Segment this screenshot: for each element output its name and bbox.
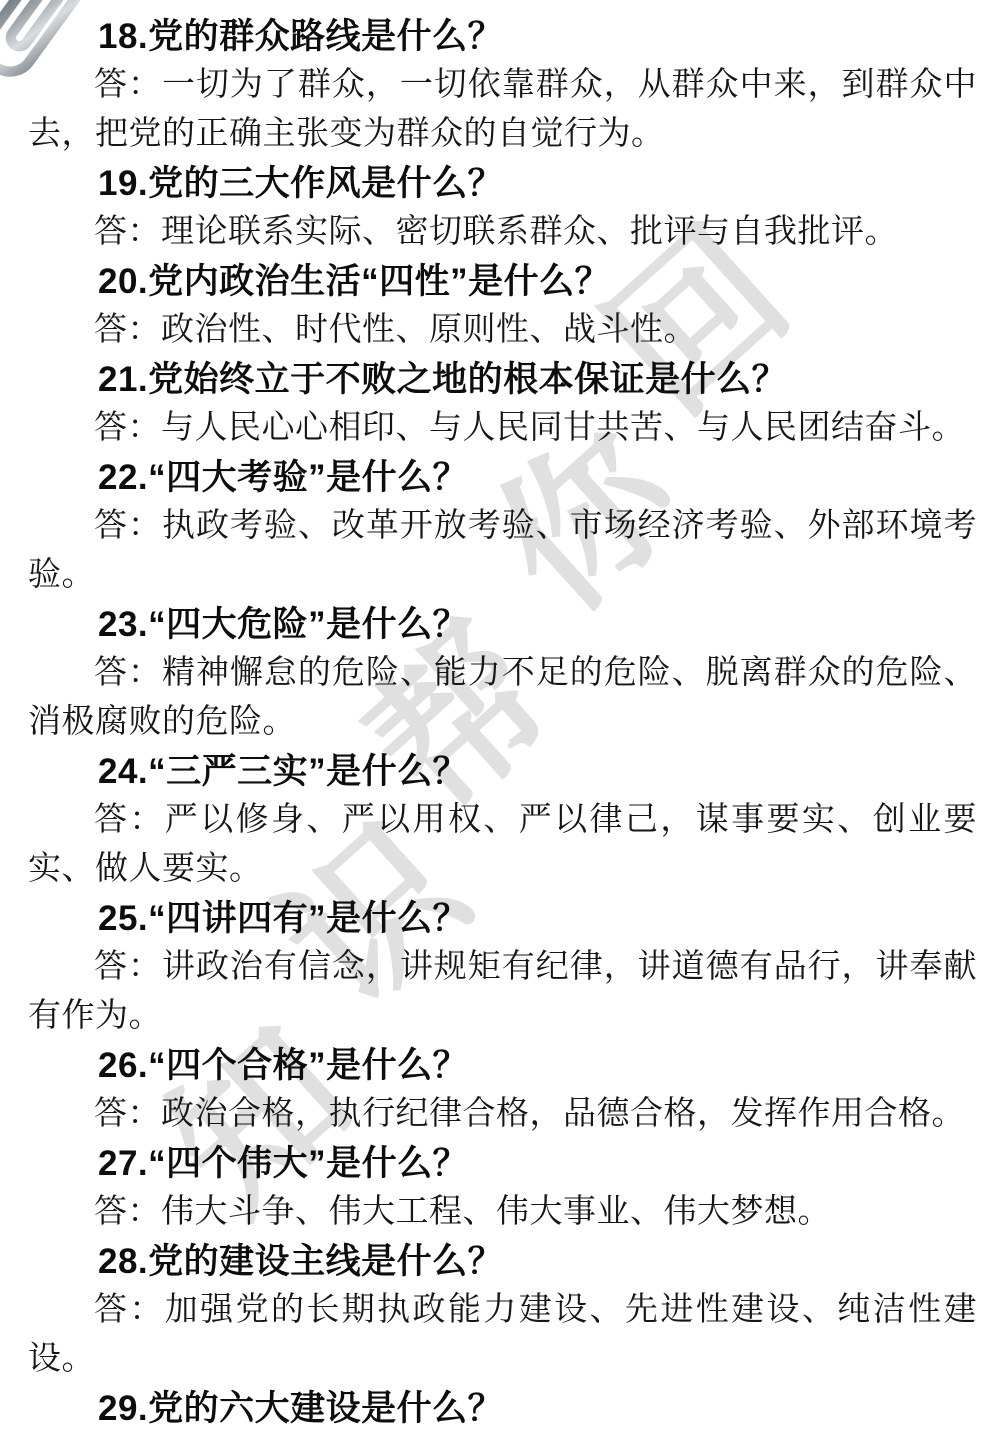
document-content: 18.党的群众路线是什么？答：一切为了群众，一切依靠群众，从群众中来，到群众中去… <box>28 12 977 1433</box>
question-paragraph: 27.“四个伟大”是什么？ <box>28 1139 977 1188</box>
question-paragraph: 23.“四大危险”是什么？ <box>28 600 977 649</box>
answer-paragraph: 答：一切为了群众，一切依靠群众，从群众中来，到群众中去，把党的正确主张变为群众的… <box>28 61 977 159</box>
question-paragraph: 24.“三严三实”是什么？ <box>28 747 977 796</box>
answer-paragraph: 答：严以修身、严以用权、严以律己，谋事要实、创业要实、做人要实。 <box>28 796 977 894</box>
answer-paragraph: 答：精神懈怠的危险、能力不足的危险、脱离群众的危险、消极腐败的危险。 <box>28 649 977 747</box>
question-paragraph: 19.党的三大作风是什么？ <box>28 159 977 208</box>
answer-paragraph: 答：伟大斗争、伟大工程、伟大事业、伟大梦想。 <box>28 1188 977 1237</box>
question-paragraph: 25.“四讲四有”是什么？ <box>28 894 977 943</box>
answer-paragraph: 答：理论联系实际、密切联系群众、批评与自我批评。 <box>28 208 977 257</box>
question-paragraph: 26.“四个合格”是什么？ <box>28 1041 977 1090</box>
question-paragraph: 20.党内政治生活“四性”是什么？ <box>28 257 977 306</box>
answer-paragraph: 答：政治性、时代性、原则性、战斗性。 <box>28 306 977 355</box>
answer-paragraph: 答：政治合格，执行纪律合格，品德合格，发挥作用合格。 <box>28 1090 977 1139</box>
question-paragraph: 29.党的六大建设是什么？ <box>28 1384 977 1433</box>
document-page: 回你帮识知 18.党的群众路线是什么？答：一切为了群众，一切依靠群众，从群众中来… <box>0 0 1005 1445</box>
question-paragraph: 22.“四大考验”是什么？ <box>28 453 977 502</box>
answer-paragraph: 答：加强党的长期执政能力建设、先进性建设、纯洁性建设。 <box>28 1286 977 1384</box>
question-paragraph: 18.党的群众路线是什么？ <box>28 12 977 61</box>
question-paragraph: 28.党的建设主线是什么？ <box>28 1237 977 1286</box>
question-paragraph: 21.党始终立于不败之地的根本保证是什么？ <box>28 355 977 404</box>
answer-paragraph: 答：执政考验、改革开放考验、市场经济考验、外部环境考验。 <box>28 502 977 600</box>
answer-paragraph: 答：讲政治有信念，讲规矩有纪律，讲道德有品行，讲奉献有作为。 <box>28 943 977 1041</box>
answer-paragraph: 答：与人民心心相印、与人民同甘共苦、与人民团结奋斗。 <box>28 404 977 453</box>
